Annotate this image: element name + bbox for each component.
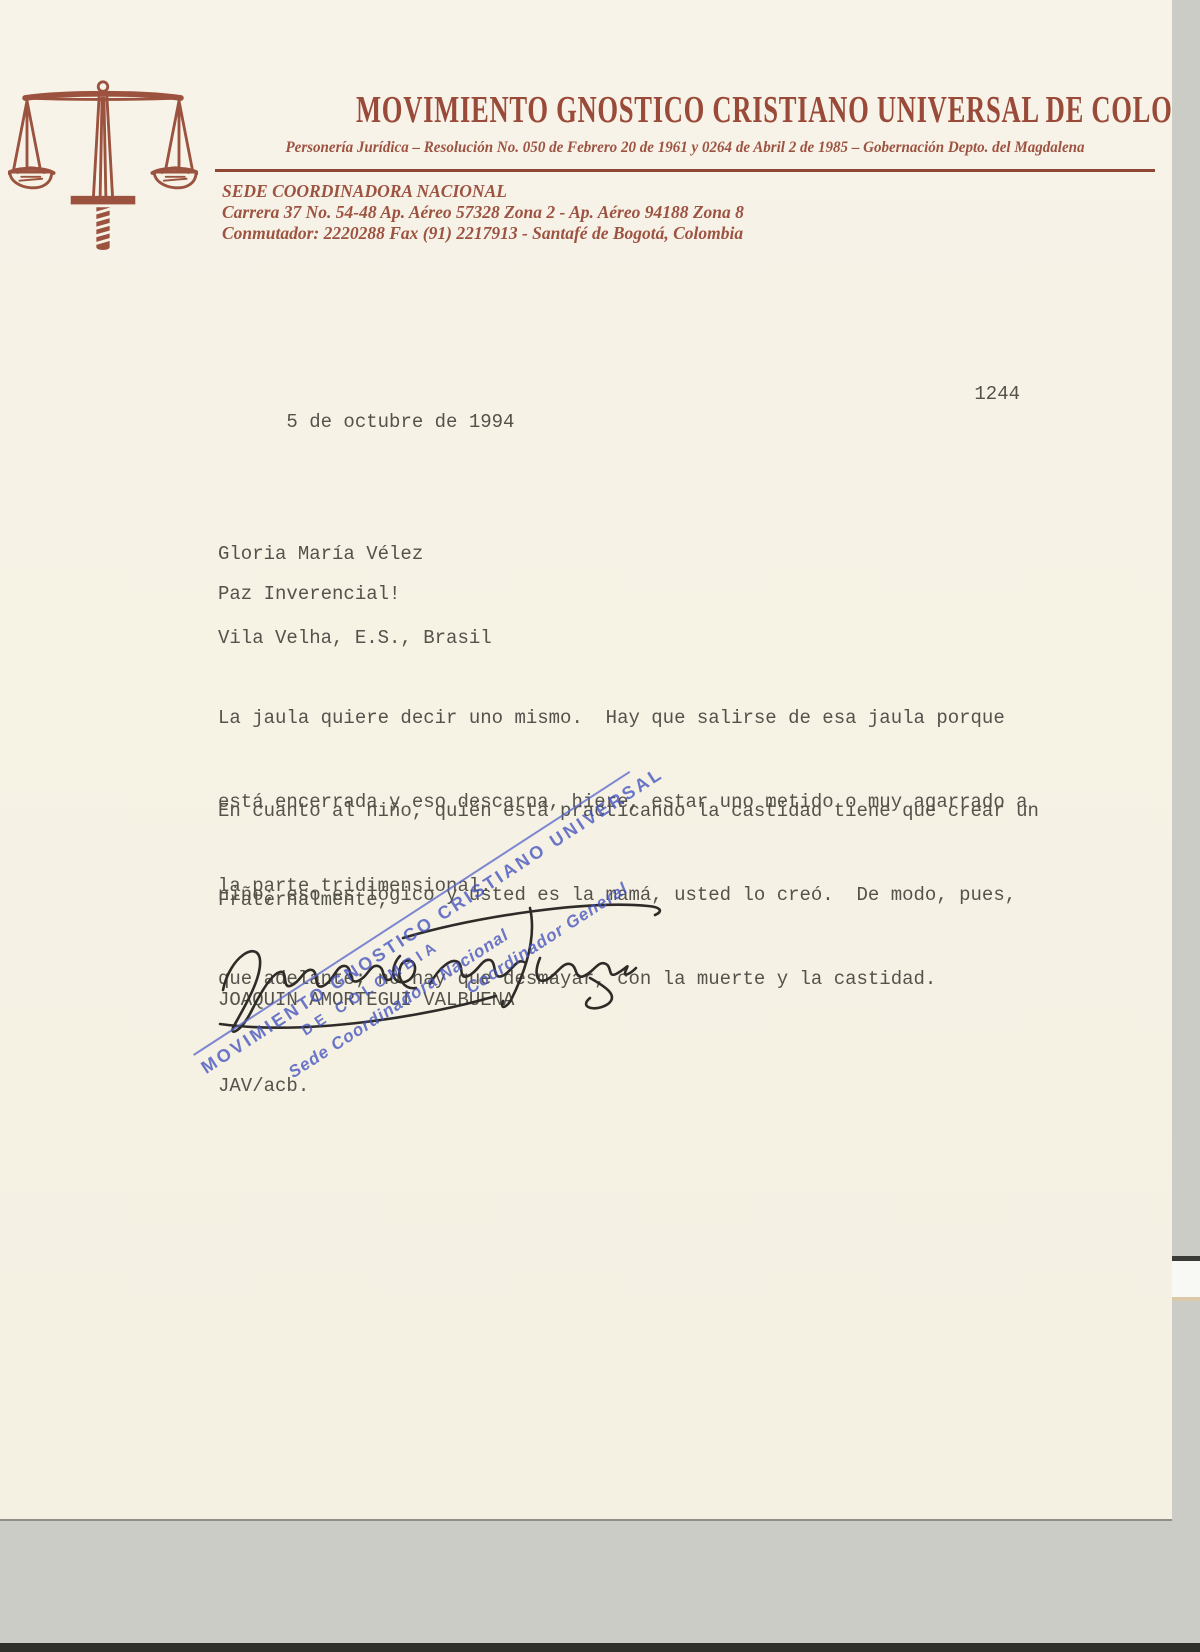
- paragraph-line: La jaula quiere decir uno mismo. Hay que…: [218, 704, 1028, 732]
- address-line-2: Conmutador: 2220288 Fax (91) 2217913 - S…: [222, 223, 744, 244]
- office-address-block: SEDE COORDINADORA NACIONAL Carrera 37 No…: [222, 181, 744, 244]
- organization-name: MOVIMIENTO GNOSTICO CRISTIANO UNIVERSAL …: [356, 88, 1014, 132]
- paragraph-line: En cuanto al niño, quién está practicand…: [218, 797, 1039, 825]
- letterhead: MOVIMIENTO GNOSTICO CRISTIANO UNIVERSAL …: [215, 88, 1155, 157]
- date-row: 1244 5 de octubre de 1994: [218, 352, 1020, 464]
- scan-edge-white-gap: [1172, 1261, 1200, 1297]
- typist-initials: JAV/acb.: [218, 1072, 309, 1100]
- scan-edge-tan-line: [1172, 1297, 1200, 1301]
- letter-date: 5 de octubre de 1994: [286, 411, 514, 433]
- handwritten-signature: [178, 838, 678, 1053]
- letter-paper: MOVIMIENTO GNOSTICO CRISTIANO UNIVERSAL …: [0, 0, 1172, 1521]
- office-title: SEDE COORDINADORA NACIONAL: [222, 181, 744, 202]
- scan-edge-right: [1172, 0, 1200, 1652]
- reference-number: 1244: [974, 380, 1020, 408]
- scanned-letter-page: MOVIMIENTO GNOSTICO CRISTIANO UNIVERSAL …: [0, 0, 1200, 1652]
- registration-line: Personería Jurídica – Resolución No. 050…: [243, 139, 1127, 157]
- letterhead-divider: [215, 169, 1155, 172]
- address-line-1: Carrera 37 No. 54-48 Ap. Aéreo 57328 Zon…: [222, 202, 744, 223]
- scan-edge-bottom-band: [0, 1643, 1200, 1652]
- salutation: Paz Inverencial!: [218, 580, 400, 608]
- scales-of-justice-icon: [8, 72, 198, 257]
- recipient-name: Gloria María Vélez: [218, 540, 492, 568]
